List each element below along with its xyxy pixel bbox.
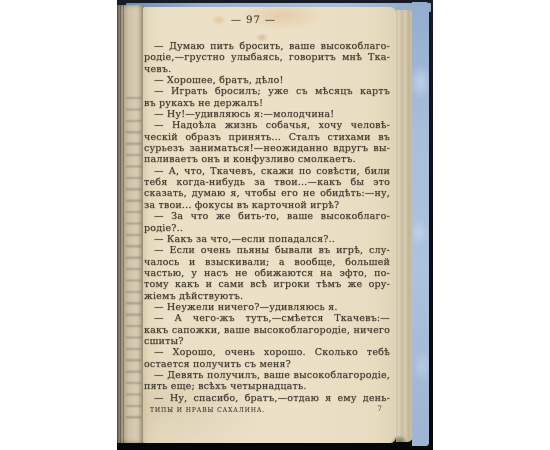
text-line: — Ну!—удивляюсь я:—молодчина! — [144, 109, 390, 120]
text-line: пять еще; всѣхъ четырнадцать. — [144, 381, 390, 392]
page-number: — 97 — — [127, 15, 380, 26]
page-footer: ТИПЫ И НРАВЫ САХАЛИНА. 7 — [144, 403, 390, 417]
book-cover-edge — [412, 2, 429, 446]
text-line: родіе,—грустно улыбаясь, говоритъ мнѣ Тк… — [144, 52, 390, 63]
text-line: какъ сапожки, ваше высокоблагородіе, нич… — [144, 325, 390, 336]
left-page-edge-lines — [117, 5, 125, 443]
page-text: — Думаю пить бросить, ваше высокоблаго- … — [144, 41, 390, 404]
text-line: — Какъ за что,—если попадался?.. — [144, 234, 390, 245]
text-line: за твои... фокусы въ карточной игрѣ? — [144, 200, 390, 211]
text-line: — Надоѣла жизнь собачья, хочу человѣ- — [144, 120, 390, 131]
text-line: сурьезъ заниматься!—неожиданно вдругъ вы… — [144, 143, 390, 154]
book-page: — 97 — — Думаю пить бросить, ваше высоко… — [143, 7, 396, 443]
text-line: сказать, думаю я, чтобы его не обидѣть:—… — [144, 188, 390, 199]
running-title: ТИПЫ И НРАВЫ САХАЛИНА. — [150, 407, 265, 414]
text-line: — За что же бить-то, ваше высокоблаго- — [144, 211, 390, 222]
facing-page-ghost-text — [126, 97, 141, 421]
text-line: родіе?.. — [144, 223, 390, 234]
text-line: чевъ. — [144, 64, 390, 75]
book-photo: — 97 — — Думаю пить бросить, ваше высоко… — [117, 0, 433, 450]
text-line: сшиты? — [144, 336, 390, 347]
text-line: тебя когда-нибудь за твои...—какъ бы это — [144, 177, 390, 188]
text-line: — Если очень пьяны бывали въ игрѣ, слу- — [144, 245, 390, 256]
text-line: — Неужели ничего?—удивляюсь я. — [144, 302, 390, 313]
text-line: ческій образъ принять... Сталъ стихами в… — [144, 132, 390, 143]
text-line: — Играть бросилъ; уже съ мѣсяцъ картъ — [144, 86, 390, 97]
text-line: паливаетъ онъ и конфузливо смолкаетъ. — [144, 154, 390, 165]
page-edge-stack — [396, 10, 413, 442]
text-line: — Девять получилъ, ваше высокоблагородіе… — [144, 370, 390, 381]
text-line: — Хорошо, очень хорошо. Сколько тебѣ — [144, 347, 390, 358]
text-line: въ рукахъ не держалъ! — [144, 98, 390, 109]
text-line: — А чего-жъ тутъ,—смѣется Ткачевъ:— — [144, 313, 390, 324]
text-line: — Хорошее, братъ, дѣло! — [144, 75, 390, 86]
text-line: частью, у насъ не обижаются на эфто, по- — [144, 268, 390, 279]
text-line: — Думаю пить бросить, ваше высокоблаго- — [144, 41, 390, 52]
text-line: — А, что, Ткачевъ, скажи по совѣсти, бил… — [144, 166, 390, 177]
text-line: остается получить съ меня? — [144, 359, 390, 370]
signature-number: 7 — [377, 404, 382, 413]
page-corner-curl — [390, 428, 414, 442]
text-line: чалось и взыскивали; а вообще, большей — [144, 257, 390, 268]
text-line: тому какъ и сами всѣ игроки тѣмъ же ору- — [144, 279, 390, 290]
text-line: жіемъ дѣйствуютъ. — [144, 291, 390, 302]
facing-page-edge — [117, 5, 144, 443]
